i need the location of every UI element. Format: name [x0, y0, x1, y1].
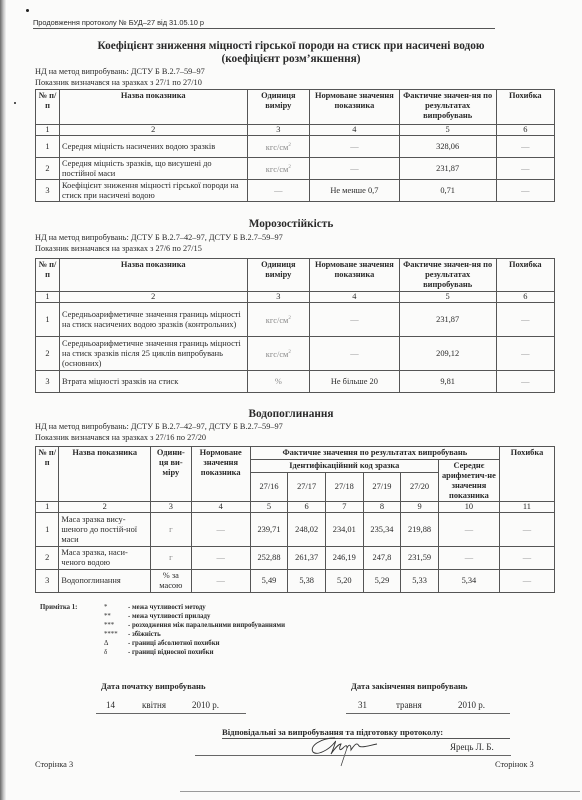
row-name: Водопоглинання — [59, 570, 151, 593]
table-row: 3 Коефіцієнт зниження міцності гірської … — [36, 180, 555, 202]
unit-sup: 2 — [288, 143, 291, 148]
section3-table: № п/п Назва показника Одини-ця ви-міру Н… — [35, 446, 555, 593]
sample-value: 234,01 — [325, 513, 363, 547]
start-day: 14 — [106, 700, 115, 710]
row-name: Середньоарифметичне значення границь міц… — [59, 337, 247, 371]
row-error: — — [499, 570, 554, 593]
row-norm: — — [191, 570, 250, 593]
row-value: 231,87 — [399, 303, 496, 337]
col-header-actual: Фактичне значення по результатах випробу… — [250, 447, 499, 460]
end-date-title: Дата закінчення випробувань — [351, 681, 467, 691]
scan-edge — [0, 0, 6, 800]
end-month: травня — [396, 700, 422, 710]
row-error: — — [496, 303, 554, 337]
section2-table: № п/п Назва показника Одиниця виміру Нор… — [35, 258, 555, 393]
unit-text: кгс/см — [266, 315, 289, 324]
col-number: 5 — [399, 125, 496, 136]
col-number: 9 — [401, 502, 439, 513]
col-header: № п/п — [36, 447, 59, 502]
sample-value: 261,37 — [288, 547, 326, 570]
col-header: Фактичне значен-ня по результатах випроб… — [399, 259, 496, 292]
col-header: Назва показника — [59, 259, 247, 292]
sample-code: 27/20 — [401, 473, 439, 502]
row-mean: — — [438, 547, 499, 570]
row-norm: Не більше 20 — [310, 371, 400, 393]
col-header: Одиниця виміру — [247, 259, 310, 292]
row-name: Коефіцієнт зниження міцності гірської по… — [59, 180, 247, 202]
section1-table: № п/п Назва показника Одиниця виміру Нор… — [35, 89, 555, 202]
note-text: - межа чутливості методу — [128, 604, 206, 611]
section1-method: НД на метод випробувань: ДСТУ Б В.2.7–59… — [35, 67, 205, 78]
sample-value: 239,71 — [250, 513, 288, 547]
note-symbol: δ — [104, 649, 128, 658]
page-total: Сторінок 3 — [495, 760, 534, 769]
table-row: 1 Маса зразка вису-шеного до постій-ної … — [36, 513, 555, 547]
page-number: Сторінка 3 — [35, 760, 73, 769]
row-value: 209,12 — [399, 337, 496, 371]
row-mean: 5,34 — [438, 570, 499, 593]
col-number: 2 — [59, 125, 247, 136]
start-year: 2010 р. — [192, 700, 219, 710]
row-error: — — [496, 158, 554, 180]
row-name: Маса зразка, наси-ченого водою — [59, 547, 151, 570]
row-name: Маса зразка вису-шеного до постій-ної ма… — [59, 513, 151, 547]
col-number-row: 1 2 3 4 5 6 — [36, 125, 555, 136]
row-unit: % — [247, 371, 310, 393]
col-header: Назва показника — [59, 447, 151, 502]
sample-value: 5,20 — [325, 570, 363, 593]
row-unit: — — [247, 180, 310, 202]
table-row: 1 Середня міцність насичених водою зразк… — [36, 136, 555, 158]
row-number: 2 — [36, 547, 59, 570]
row-norm: — — [310, 337, 400, 371]
note-item: Δ- границі абсолютної похибки — [104, 640, 220, 649]
col-header: Похибка — [499, 447, 554, 502]
unit-sup: 2 — [288, 165, 291, 170]
row-number: 3 — [36, 371, 60, 393]
sample-code: 27/19 — [363, 473, 401, 502]
unit-text: % — [275, 377, 282, 386]
table-row: 3 Водопоглинання % за масою — 5,49 5,38 … — [36, 570, 555, 593]
section1-title-line2: (коефіцієнт розм’якшення) — [0, 53, 582, 66]
row-name: Середня міцність зразків, що висушені до… — [59, 158, 247, 180]
row-error: — — [499, 513, 554, 547]
col-number: 5 — [250, 502, 288, 513]
section2-method: НД на метод випробувань: ДСТУ Б В.2.7–42… — [35, 233, 283, 244]
row-unit: кгс/см2 — [247, 337, 310, 371]
section1-samples: Показник визначався на зразках з 27/1 по… — [35, 78, 205, 89]
table-header-row: № п/п Назва показника Одиниця виміру Нор… — [36, 259, 555, 292]
col-number: 5 — [399, 292, 496, 303]
table-row: 2 Середньоарифметичне значення границь м… — [36, 337, 555, 371]
row-error: — — [499, 547, 554, 570]
sample-value: 5,29 — [363, 570, 401, 593]
sample-value: 5,49 — [250, 570, 288, 593]
sample-value: 231,59 — [401, 547, 439, 570]
col-header-mean: Середнє арифметич-не значення показника — [438, 460, 499, 502]
sample-code: 27/18 — [325, 473, 363, 502]
note-item: *- межа чутливості методу — [104, 604, 206, 613]
col-number-row: 1 2 3 4 5 6 7 8 9 10 11 — [36, 502, 555, 513]
sample-code: 27/16 — [250, 473, 288, 502]
sample-value: 5,38 — [288, 570, 326, 593]
table-row: 1 Середньоарифметичне значення границь м… — [36, 303, 555, 337]
col-number: 4 — [191, 502, 250, 513]
unit-sup: 2 — [288, 350, 291, 355]
unit-text: кгс/см — [266, 164, 289, 173]
row-unit: г — [150, 513, 191, 547]
row-number: 3 — [36, 180, 60, 202]
unit-sup: 2 — [288, 316, 291, 321]
sample-value: 248,02 — [288, 513, 326, 547]
note-symbol: * — [104, 604, 128, 613]
section3-title: Водопоглинання — [0, 408, 582, 421]
section3-samples: Показник визначався на зразках з 27/16 п… — [35, 433, 283, 444]
end-day: 31 — [358, 700, 367, 710]
col-number: 3 — [150, 502, 191, 513]
note-symbol: *** — [104, 622, 128, 631]
note-text: - границі відносної похибки — [128, 649, 214, 656]
col-number: 3 — [247, 125, 310, 136]
table-header-row: № п/п Назва показника Одиниця виміру Нор… — [36, 90, 555, 125]
row-value: 0,71 — [399, 180, 496, 202]
note-item: ***- розходження між паралельними випроб… — [104, 622, 285, 631]
sample-value: 252,88 — [250, 547, 288, 570]
row-unit: кгс/см2 — [247, 158, 310, 180]
col-header: Нормоване значення показника — [191, 447, 250, 502]
sample-value: 246,19 — [325, 547, 363, 570]
col-header: Похибка — [496, 259, 554, 292]
col-header: Похибка — [496, 90, 554, 125]
start-date-title: Дата початку випробувань — [101, 681, 206, 691]
unit-text: кгс/см — [266, 349, 289, 358]
row-number: 2 — [36, 337, 60, 371]
col-number: 1 — [36, 292, 60, 303]
start-date: 14 квітня 2010 р. — [96, 700, 246, 714]
row-norm: — — [310, 136, 400, 158]
row-norm: — — [191, 547, 250, 570]
signature-line — [195, 755, 511, 756]
col-header: № п/п — [36, 90, 60, 125]
note-item: **- межа чутливості приладу — [104, 613, 210, 622]
section2-samples: Показник визначався на зразках з 27/6 по… — [35, 244, 283, 255]
col-number: 6 — [288, 502, 326, 513]
row-value: 231,87 — [399, 158, 496, 180]
row-number: 2 — [36, 158, 60, 180]
col-header: Нормоване значення показника — [310, 259, 400, 292]
col-header: № п/п — [36, 259, 60, 292]
end-date: 31 травня 2010 р. — [346, 700, 510, 714]
note-text: - межа чутливості приладу — [128, 613, 210, 620]
notes-label: Примітка 1: — [40, 604, 100, 613]
unit-text: кгс/см — [266, 142, 289, 151]
section2-meta: НД на метод випробувань: ДСТУ Б В.2.7–42… — [35, 233, 283, 254]
scan-dot — [14, 102, 16, 104]
col-number: 1 — [36, 502, 59, 513]
sample-code: 27/17 — [288, 473, 326, 502]
section1-meta: НД на метод випробувань: ДСТУ Б В.2.7–59… — [35, 67, 205, 88]
row-number: 1 — [36, 303, 60, 337]
sample-value: 235,34 — [363, 513, 401, 547]
row-value: 328,06 — [399, 136, 496, 158]
row-unit: г — [150, 547, 191, 570]
col-number: 6 — [496, 125, 554, 136]
row-mean: — — [438, 513, 499, 547]
note-text: - границі абсолютної похибки — [128, 640, 220, 647]
col-number-row: 1 2 3 4 5 6 — [36, 292, 555, 303]
col-number: 2 — [59, 292, 247, 303]
col-header: Одини-ця ви-міру — [150, 447, 191, 502]
sample-value: 247,8 — [363, 547, 401, 570]
row-unit: кгс/см2 — [247, 303, 310, 337]
row-name: Середня міцність насичених водою зразків — [59, 136, 247, 158]
unit-text: — — [274, 186, 282, 195]
row-error: — — [496, 136, 554, 158]
col-header-id-code: Ідентифікаційний код зразка — [250, 460, 438, 473]
section1-title-line1: Коефіцієнт зниження міцності гірської по… — [0, 40, 582, 53]
col-header: Фактичне значен-ня по результатах випроб… — [399, 90, 496, 125]
col-number: 10 — [438, 502, 499, 513]
row-name: Втрата міцності зразків на стиск — [59, 371, 247, 393]
signature-icon — [305, 732, 385, 768]
scan-bottom-edge — [180, 791, 580, 792]
row-number: 1 — [36, 513, 59, 547]
note-symbol: Δ — [104, 640, 128, 649]
sample-value: 5,33 — [401, 570, 439, 593]
note-symbol: ** — [104, 613, 128, 622]
row-number: 1 — [36, 136, 60, 158]
col-number: 6 — [496, 292, 554, 303]
row-value: 9,81 — [399, 371, 496, 393]
row-norm: — — [310, 303, 400, 337]
row-unit: % за масою — [150, 570, 191, 593]
row-unit: кгс/см2 — [247, 136, 310, 158]
col-number: 3 — [247, 292, 310, 303]
col-number: 4 — [310, 292, 400, 303]
end-year: 2010 р. — [458, 700, 485, 710]
section2-title: Морозостійкість — [0, 218, 582, 231]
section3-meta: НД на метод випробувань: ДСТУ Б В.2.7–42… — [35, 422, 283, 443]
row-norm: — — [310, 158, 400, 180]
row-error: — — [496, 371, 554, 393]
col-header: Назва показника — [59, 90, 247, 125]
section3-method: НД на метод випробувань: ДСТУ Б В.2.7–42… — [35, 422, 283, 433]
note-item: δ- границі відносної похибки — [104, 649, 214, 658]
scan-dot — [26, 9, 29, 12]
col-number: 1 — [36, 125, 60, 136]
row-name: Середньоарифметичне значення границь міц… — [59, 303, 247, 337]
row-error: — — [496, 337, 554, 371]
col-number: 2 — [59, 502, 151, 513]
section1-title: Коефіцієнт зниження міцності гірської по… — [0, 40, 582, 66]
col-header: Нормоване значення показника — [310, 90, 400, 125]
row-norm: Не менше 0,7 — [310, 180, 400, 202]
row-error: — — [496, 180, 554, 202]
table-header-row: № п/п Назва показника Одини-ця ви-міру Н… — [36, 447, 555, 460]
note-item: ****- збіжність — [104, 631, 161, 640]
signer-name: Ярець Л. Б. — [450, 742, 494, 752]
col-number: 7 — [325, 502, 363, 513]
protocol-header: Продовження протоколу № БУД–27 від 31.05… — [33, 18, 495, 29]
start-month: квітня — [142, 700, 166, 710]
col-number: 4 — [310, 125, 400, 136]
col-header: Одиниця виміру — [247, 90, 310, 125]
note-text: - розходження між паралельними випробува… — [128, 622, 285, 629]
col-number: 8 — [363, 502, 401, 513]
table-row: 2 Середня міцність зразків, що висушені … — [36, 158, 555, 180]
table-row: 3 Втрата міцності зразків на стиск % Не … — [36, 371, 555, 393]
note-symbol: **** — [104, 631, 128, 640]
sample-value: 219,88 — [401, 513, 439, 547]
note-text: - збіжність — [128, 631, 161, 638]
row-norm: — — [191, 513, 250, 547]
col-number: 11 — [499, 502, 554, 513]
row-number: 3 — [36, 570, 59, 593]
table-row: 2 Маса зразка, наси-ченого водою г — 252… — [36, 547, 555, 570]
